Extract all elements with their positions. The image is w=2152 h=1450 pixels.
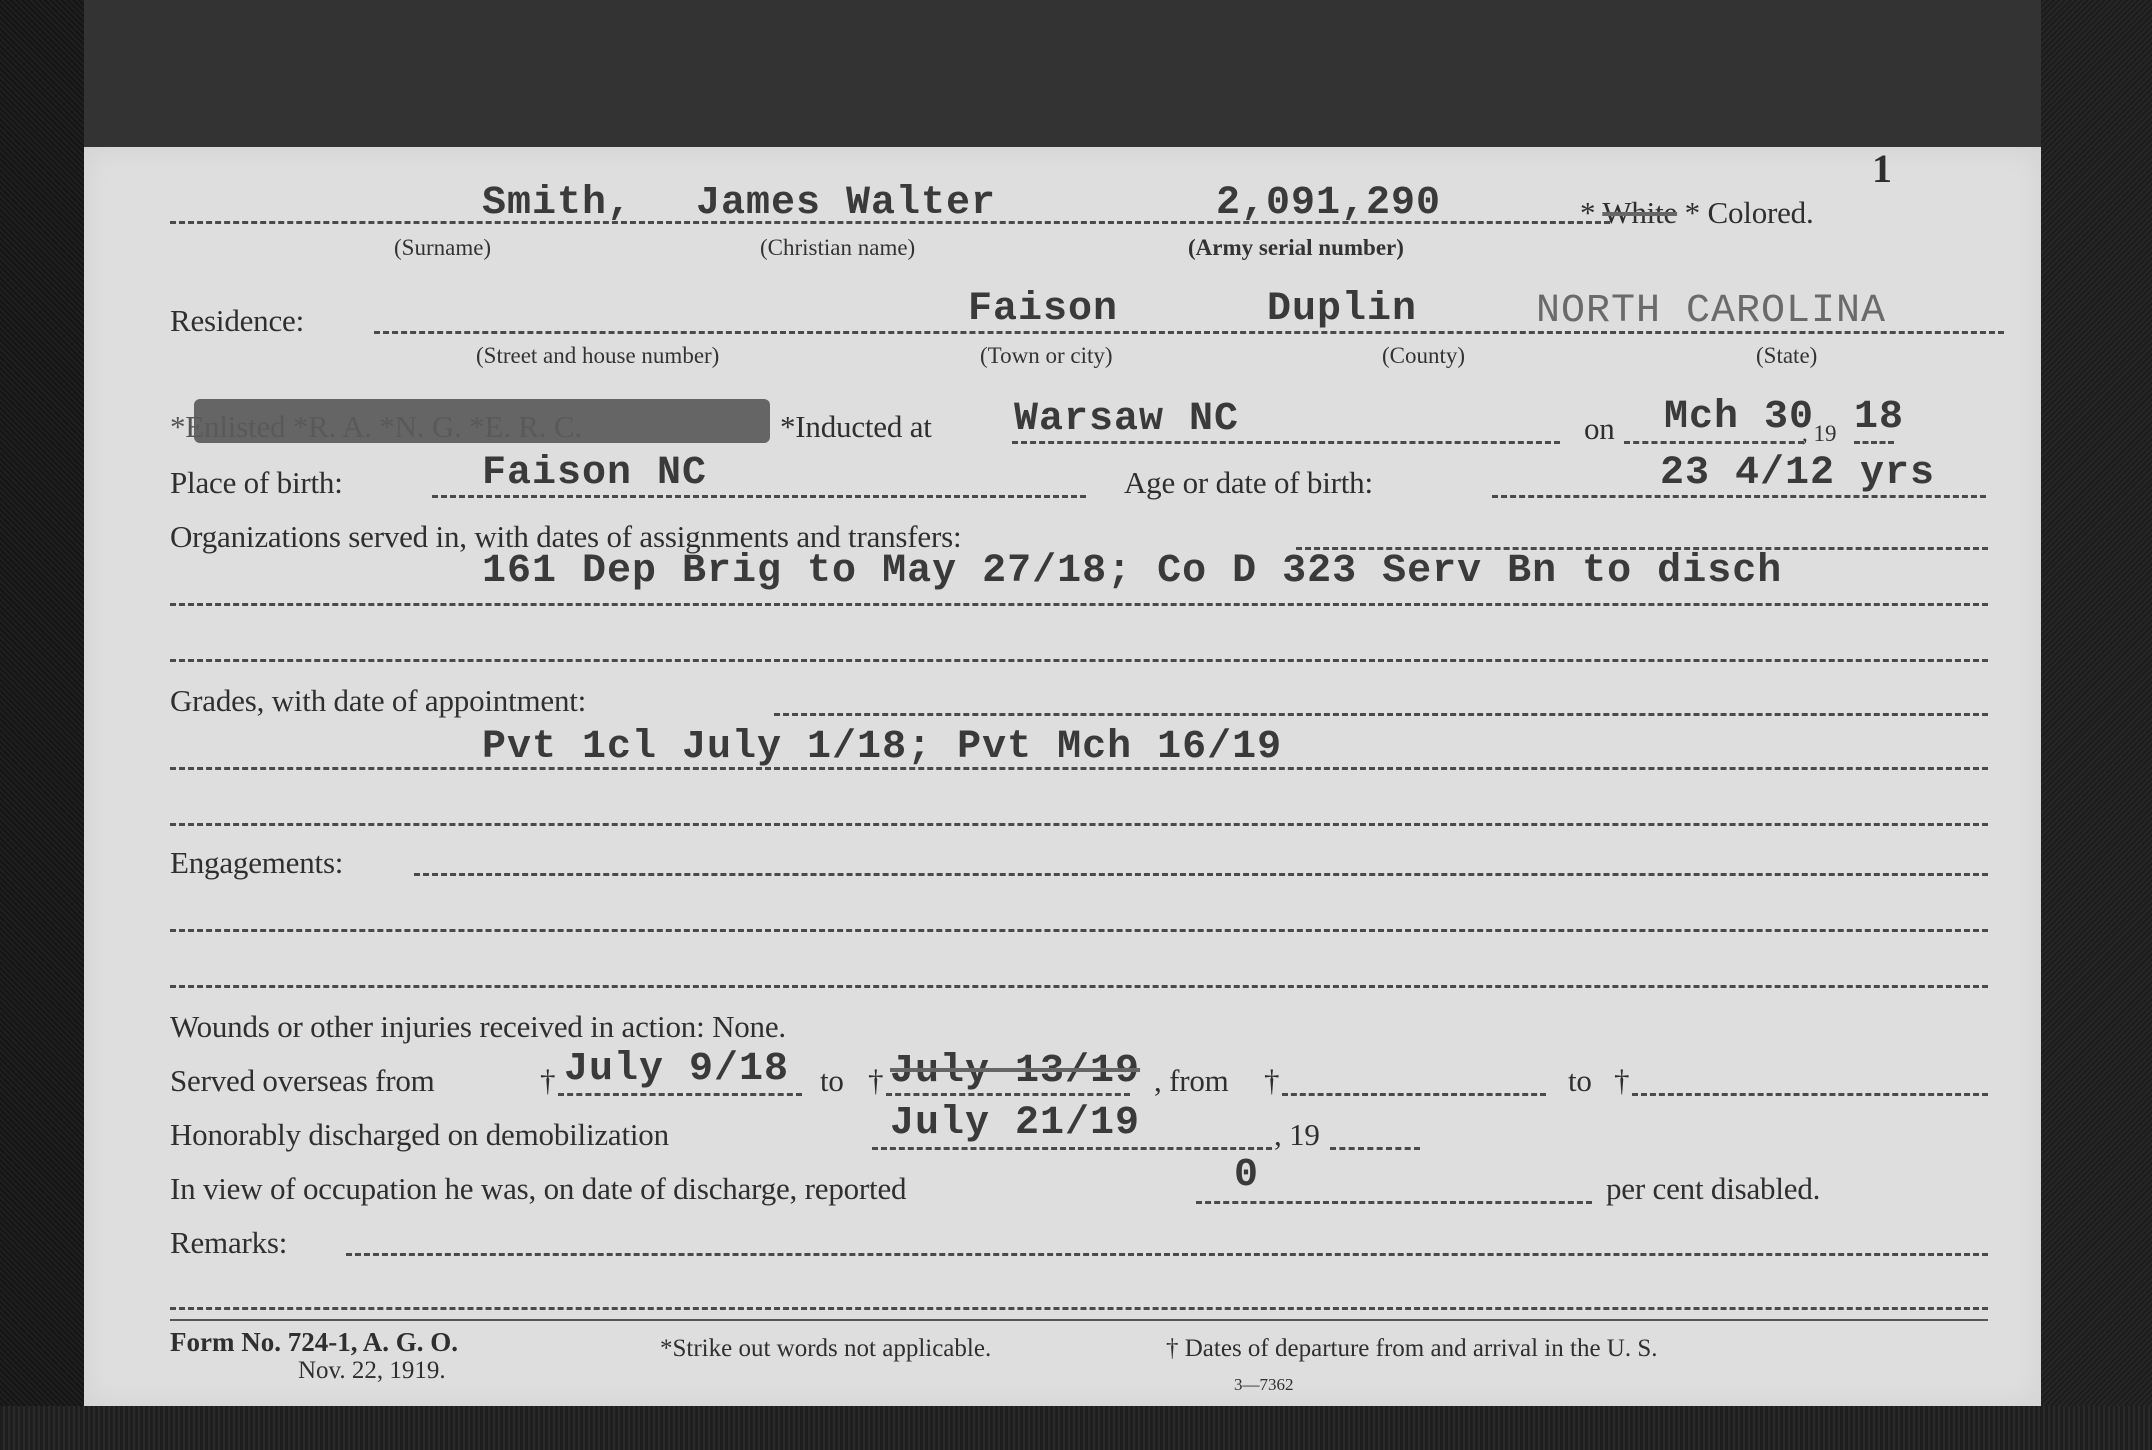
wounds-row: Wounds or other injuries received in act… — [170, 1009, 786, 1045]
discharge-year-line — [1330, 1147, 1420, 1150]
grades-label: Grades, with date of appointment: — [170, 683, 586, 719]
organizations-line-3 — [170, 659, 1988, 662]
form-date: Nov. 22, 1919. — [298, 1357, 446, 1385]
christian-name-value: James Walter — [696, 181, 996, 226]
surname-label: (Surname) — [394, 235, 491, 261]
town-label: (Town or city) — [980, 343, 1113, 369]
overseas-from-2-line — [1282, 1093, 1546, 1096]
scan-background-left — [0, 0, 84, 1450]
overseas-to-2-line — [1632, 1093, 1988, 1096]
overseas-to-2-label: to — [1568, 1063, 1592, 1099]
inducted-place-value: Warsaw NC — [1014, 397, 1239, 442]
disability-value: 0 — [1234, 1153, 1259, 1198]
wounds-value: None. — [712, 1009, 786, 1044]
induction-date-line — [1624, 441, 1804, 444]
induction-year-line — [1854, 441, 1894, 444]
grades-value: Pvt 1cl July 1/18; Pvt Mch 16/19 — [482, 725, 1282, 770]
scan-background-top — [84, 0, 2042, 147]
disability-line — [1196, 1201, 1592, 1204]
remarks-line-1 — [346, 1253, 1988, 1256]
age-value: 23 4/12 yrs — [1660, 451, 1935, 496]
organizations-line-2 — [170, 603, 1988, 606]
asterisk: * — [1685, 195, 1700, 230]
christian-name-label: (Christian name) — [760, 235, 915, 261]
grades-line-1 — [774, 713, 1988, 716]
year-prefix: , 19 — [1802, 421, 1837, 447]
age-label: Age or date of birth: — [1124, 465, 1373, 501]
service-record-card: 1 Smith, James Walter 2,091,290 * White … — [84, 147, 2041, 1406]
engagements-line-2 — [170, 929, 1988, 932]
discharge-date-line — [872, 1147, 1272, 1150]
race-white-struck: White — [1602, 195, 1677, 230]
engagements-line-1 — [414, 873, 1988, 876]
discharge-label: Honorably discharged on demobilization — [170, 1117, 669, 1153]
serial-number-value: 2,091,290 — [1216, 181, 1441, 226]
wounds-label: Wounds or other injuries received in act… — [170, 1009, 705, 1044]
engagements-label: Engagements: — [170, 845, 343, 881]
overseas-to-1-value: July 13/19 — [890, 1049, 1140, 1094]
discharge-year-prefix: , 19 — [1274, 1117, 1320, 1153]
county-label: (County) — [1382, 343, 1465, 369]
disability-suffix: per cent disabled. — [1606, 1171, 1820, 1207]
overseas-label: Served overseas from — [170, 1063, 435, 1099]
dagger-3: † — [1264, 1063, 1279, 1099]
strike-note: *Strike out words not applicable. — [660, 1335, 991, 1363]
scan-background-right — [2041, 0, 2152, 1450]
organizations-value: 161 Dep Brig to May 27/18; Co D 323 Serv… — [482, 549, 1782, 594]
induction-year-value: 18 — [1854, 395, 1904, 440]
form-number: Form No. 724-1, A. G. O. — [170, 1327, 458, 1358]
residence-label: Residence: — [170, 303, 304, 339]
place-of-birth-label: Place of birth: — [170, 465, 343, 501]
on-label: on — [1584, 411, 1615, 447]
overseas-from-1-line — [558, 1093, 802, 1096]
redaction-mark — [194, 399, 770, 443]
dagger-4: † — [1614, 1063, 1629, 1099]
dates-note: † Dates of departure from and arrival in… — [1166, 1335, 1658, 1363]
street-label: (Street and house number) — [476, 343, 719, 369]
overseas-from-2-label: , from — [1154, 1063, 1229, 1099]
overseas-from-1-value: July 9/18 — [564, 1047, 789, 1092]
overseas-to-label: to — [820, 1063, 844, 1099]
print-code: 3—7362 — [1234, 1375, 1294, 1395]
serial-number-label: (Army serial number) — [1188, 235, 1404, 261]
dagger-1: † — [540, 1063, 555, 1099]
race-options: * White * Colored. — [1580, 195, 1814, 231]
grades-line-3 — [170, 823, 1988, 826]
induction-date-value: Mch 30 — [1664, 395, 1814, 440]
footer-rule — [170, 1319, 1988, 1321]
inducted-at-label: *Inducted at — [780, 409, 932, 445]
card-number: 1 — [1872, 145, 1892, 192]
dagger-2: † — [868, 1063, 883, 1099]
asterisk: * — [1580, 195, 1595, 230]
place-of-birth-value: Faison NC — [482, 451, 707, 496]
residence-state-value: NORTH CAROLINA — [1536, 289, 1886, 334]
scan-background-bottom — [0, 1406, 2152, 1450]
disability-label: In view of occupation he was, on date of… — [170, 1171, 906, 1207]
residence-county-value: Duplin — [1267, 287, 1417, 332]
engagements-line-3 — [170, 985, 1988, 988]
surname-value: Smith, — [482, 181, 632, 226]
discharge-date-value: July 21/19 — [890, 1101, 1140, 1146]
state-label: (State) — [1756, 343, 1817, 369]
race-colored: Colored. — [1708, 195, 1814, 230]
residence-town-value: Faison — [968, 287, 1118, 332]
remarks-line-2 — [170, 1307, 1988, 1310]
remarks-label: Remarks: — [170, 1225, 287, 1261]
